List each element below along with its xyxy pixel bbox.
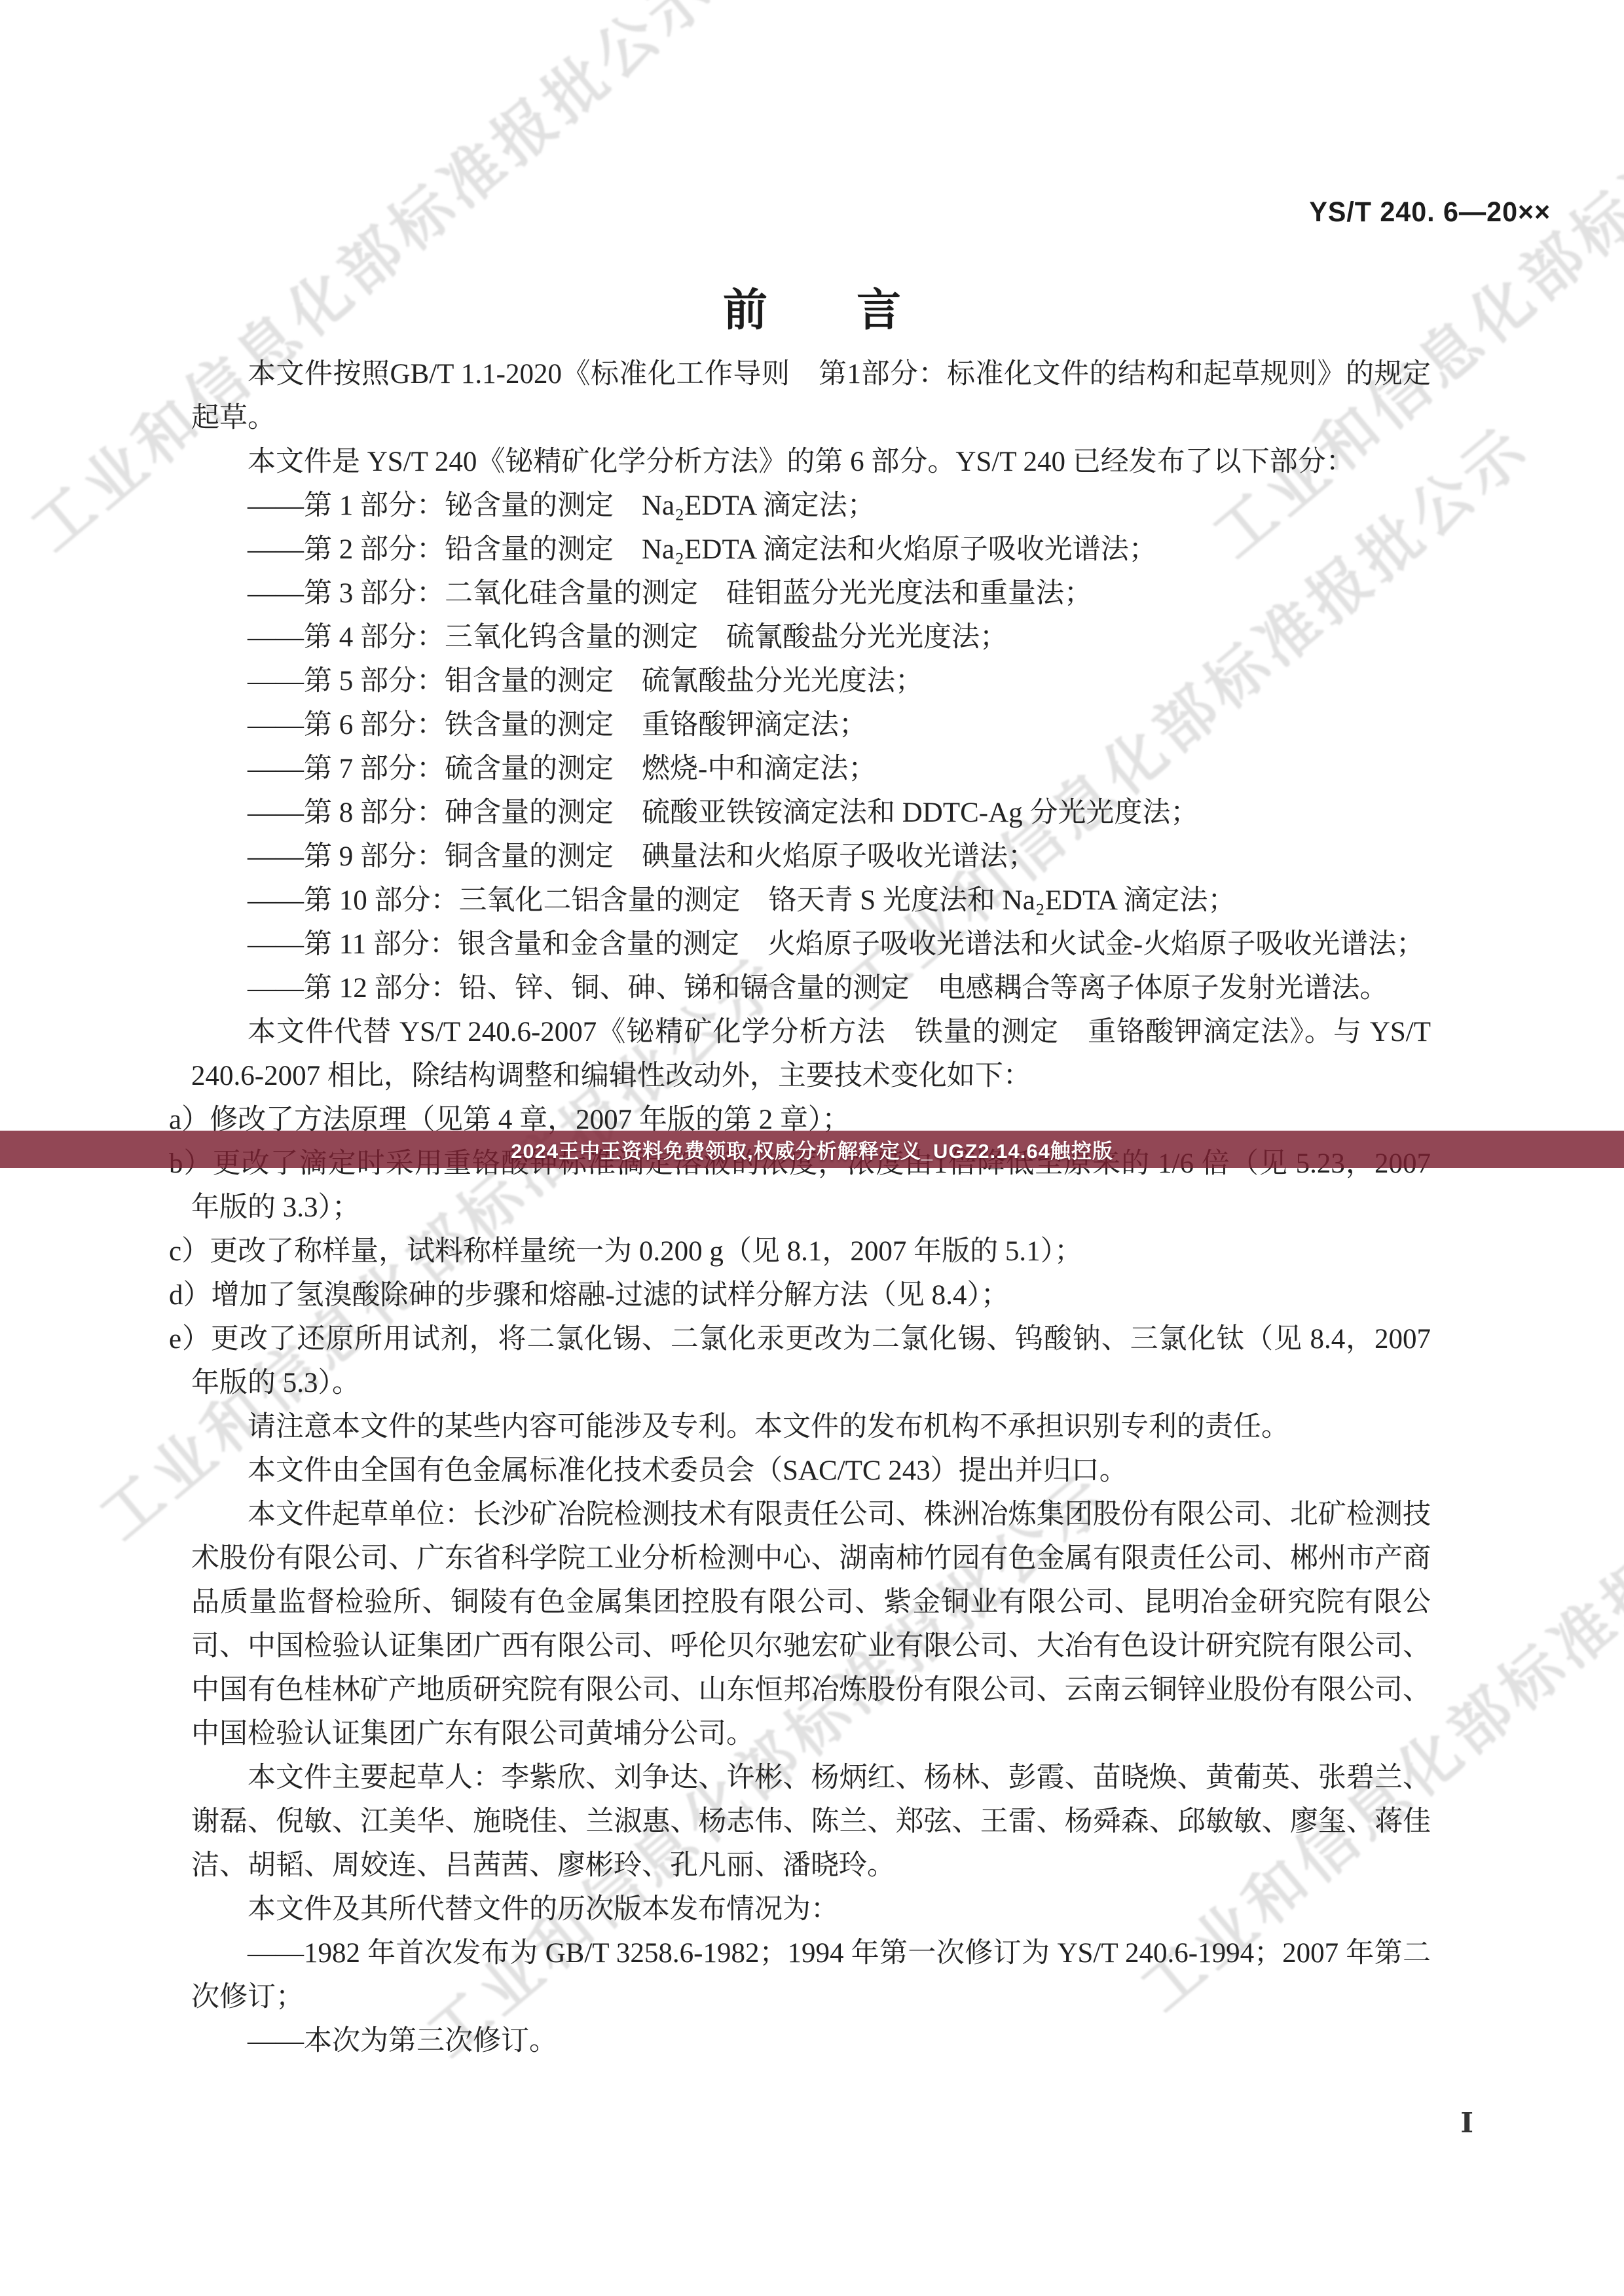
parts-list-item-3: ——第 3 部分：二氧化硅含量的测定 硅钼蓝分光光度法和重量法； [191,572,1431,615]
standard-code: YS/T 240. 6—20×× [1309,196,1551,228]
foreword-body: 本文件按照GB/T 1.1-2020《标准化工作导则 第1部分：标准化文件的结构… [191,352,1431,2063]
foreword-intro: 本文件按照GB/T 1.1-2020《标准化工作导则 第1部分：标准化文件的结构… [191,352,1431,440]
series-intro: 本文件是 YS/T 240《铋精矿化学分析方法》的第 6 部分。YS/T 240… [191,440,1431,484]
parts-list-item-6: ——第 6 部分：铁含量的测定 重铬酸钾滴定法； [191,703,1431,747]
ad-banner-text[interactable]: 2024王中王资料免费领取,权威分析解释定义_UGZ2.14.64触控版 [511,1135,1113,1164]
change-item-c: c）更改了称样量，试料称样量统一为 0.200 g（见 8.1，2007 年版的… [191,1230,1431,1273]
page-title: 前 言 [0,275,1624,338]
parts-list-item-1: ——第 1 部分：铋含量的测定 Na₂EDTA 滴定法； [191,484,1431,528]
parts-list-item-9: ——第 9 部分：铜含量的测定 碘量法和火焰原子吸收光谱法； [191,835,1431,879]
parts-list-item-10: ——第 10 部分：三氧化二铝含量的测定 铬天青 S 光度法和 Na₂EDTA … [191,879,1431,922]
document-page: 工业和信息化部标准报批公示 工业和信息化部标准报批公示 工业和信息化部标准报批公… [0,0,1624,2296]
parts-list-item-8: ——第 8 部分：砷含量的测定 硫酸亚铁铵滴定法和 DDTC-Ag 分光光度法； [191,791,1431,835]
main-drafters: 本文件主要起草人：李紫欣、刘争达、许彬、杨炳红、杨林、彭霞、苗晓焕、黄葡英、张碧… [191,1756,1431,1887]
parts-list-item-2: ——第 2 部分：铅含量的测定 Na₂EDTA 滴定法和火焰原子吸收光谱法； [191,528,1431,572]
parts-list-item-4: ——第 4 部分：三氧化钨含量的测定 硫氰酸盐分光光度法； [191,615,1431,659]
parts-list-item-7: ——第 7 部分：硫含量的测定 燃烧-中和滴定法； [191,747,1431,791]
patent-notice: 请注意本文件的某些内容可能涉及专利。本文件的发布机构不承担识别专利的责任。 [191,1405,1431,1449]
parts-list-item-11: ——第 11 部分：银含量和金含量的测定 火焰原子吸收光谱法和火试金-火焰原子吸… [191,922,1431,966]
page-number: Ⅰ [1460,2107,1473,2140]
change-item-d: d）增加了氢溴酸除砷的步骤和熔融-过滤的试样分解方法（见 8.4）； [191,1273,1431,1317]
change-item-e: e）更改了还原所用试剂，将二氯化锡、二氯化汞更改为二氯化锡、钨酸钠、三氯化钛（见… [191,1317,1431,1405]
version-history-item-2: ——本次为第三次修订。 [191,2019,1431,2063]
drafting-organizations: 本文件起草单位：长沙矿冶院检测技术有限责任公司、株洲冶炼集团股份有限公司、北矿检… [191,1493,1431,1756]
version-history-intro: 本文件及其所代替文件的历次版本发布情况为： [191,1887,1431,1931]
parts-list-item-12: ——第 12 部分：铅、锌、铜、砷、锑和镉含量的测定 电感耦合等离子体原子发射光… [191,966,1431,1010]
committee-note: 本文件由全国有色金属标准化技术委员会（SAC/TC 243）提出并归口。 [191,1449,1431,1493]
parts-list-item-5: ——第 5 部分：钼含量的测定 硫氰酸盐分光光度法； [191,659,1431,703]
replacement-note: 本文件代替 YS/T 240.6-2007《铋精矿化学分析方法 铁量的测定 重铬… [191,1010,1431,1098]
ad-banner[interactable]: 2024王中王资料免费领取,权威分析解释定义_UGZ2.14.64触控版 [0,1131,1624,1168]
version-history-item-1: ——1982 年首次发布为 GB/T 3258.6-1982；1994 年第一次… [191,1931,1431,2019]
